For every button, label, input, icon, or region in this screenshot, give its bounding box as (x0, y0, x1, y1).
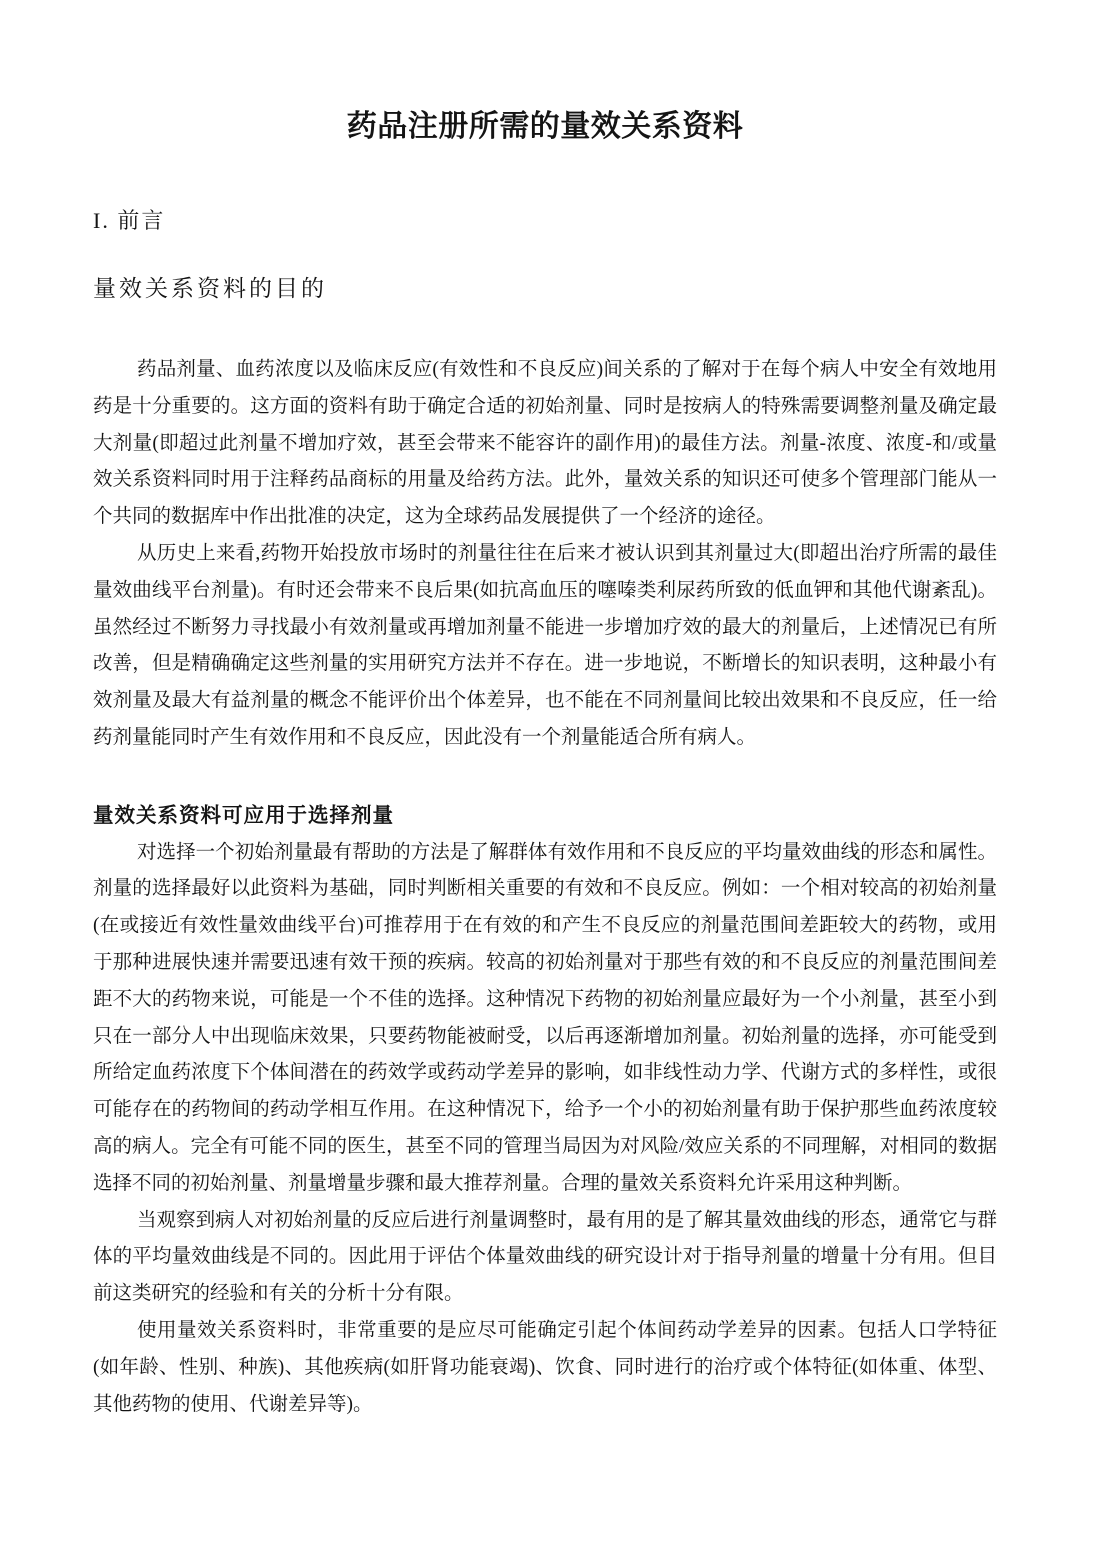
section-heading-foreword: I. 前言 (93, 202, 997, 239)
document-page: 药品注册所需的量效关系资料 I. 前言 量效关系资料的目的 药品剂量、血药浓度以… (0, 0, 1100, 1556)
document-title: 药品注册所需的量效关系资料 (93, 108, 997, 145)
paragraph-historical-dosing: 从历史上来看,药物开始投放市场时的剂量往往在后来才被认识到其剂量过大(即超出治疗… (93, 536, 997, 757)
paragraph-dose-concentration-importance: 药品剂量、血药浓度以及临床反应(有效性和不良反应)间关系的了解对于在每个病人中安… (93, 352, 997, 536)
paragraph-starting-dose-selection: 对选择一个初始剂量最有帮助的方法是了解群体有效作用和不良反应的平均量效曲线的形态… (93, 835, 997, 1203)
paragraph-pharmacokinetic-factors: 使用量效关系资料时，非常重要的是应尽可能确定引起个体间药动学差异的因素。包括人口… (93, 1313, 997, 1423)
paragraph-dose-adjustment: 当观察到病人对初始剂量的反应后进行剂量调整时，最有用的是了解其量效曲线的形态，通… (93, 1203, 997, 1313)
subsection-heading-dose-selection: 量效关系资料可应用于选择剂量 (93, 798, 997, 835)
subsection-heading-purpose: 量效关系资料的目的 (93, 270, 997, 307)
